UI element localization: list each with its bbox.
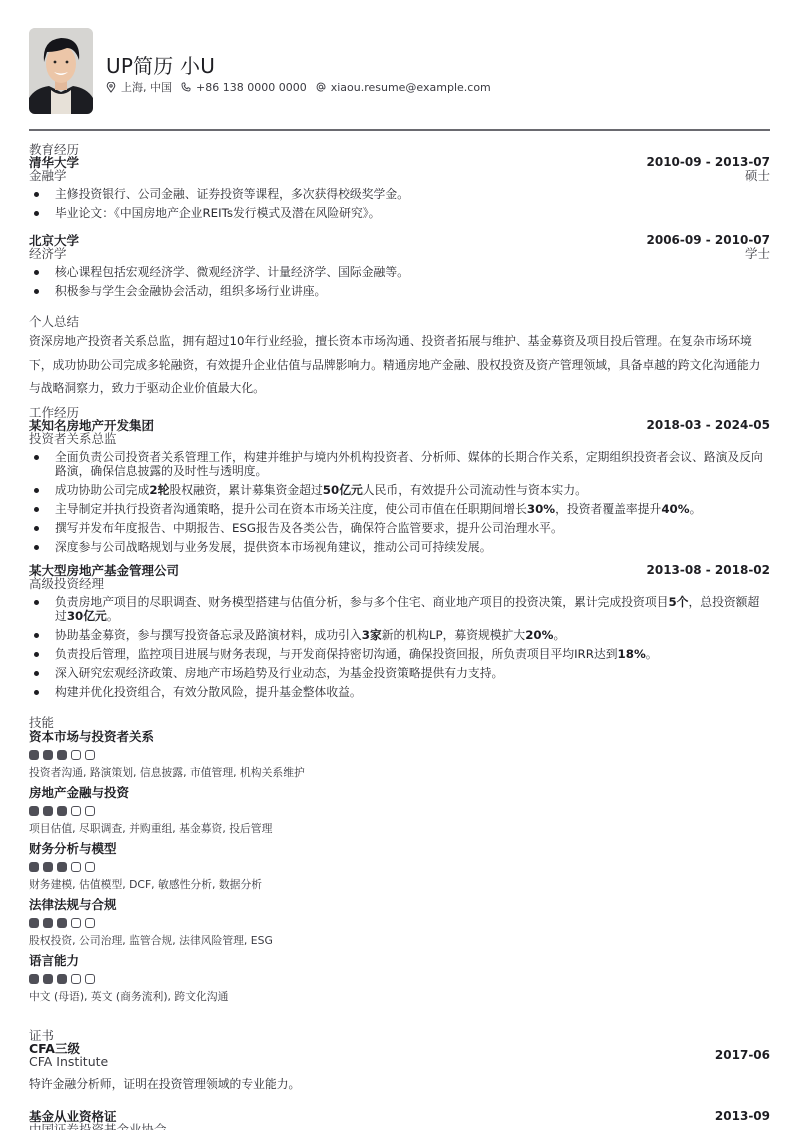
skill-keywords: 投资者沟通, 路演策划, 信息披露, 市值管理, 机构关系维护 [29,766,770,780]
filled-dot-icon [29,806,39,816]
bullet-item: 负责房地产项目的尽职调查、财务模型搭建与估值分析，参与多个住宅、商业地产项目的投… [29,595,770,623]
bullet-text: 深度参与公司战略规划与业务发展，提供资本市场视角建议，推动公司可持续发展。 [55,540,492,554]
filled-dot-icon [57,806,67,816]
empty-dot-icon [85,918,95,928]
skills-section: 技能 资本市场与投资者关系投资者沟通, 路演策划, 信息披露, 市值管理, 机构… [29,716,770,1009]
work-entry: 某大型房地产基金管理公司 高级投资经理 2013-08 - 2018-02 负责… [29,564,770,699]
date-range: 2018-03 - 2024-05 [647,419,771,432]
bullet-text: 负责投后管理，监控项目进展与财务表现，与开发商保持密切沟通，确保投资回报，所负责… [55,647,618,661]
location-pin-icon [106,82,116,93]
skill-level-rating [29,862,770,872]
section-title-skills: 技能 [29,716,770,729]
position: 高级投资经理 [29,577,179,590]
certificate-date: 2013-09 [715,1110,770,1123]
skill-name: 财务分析与模型 [29,841,770,857]
bullet-item: 毕业论文：《中国房地产企业REITs发行模式及潜在风险研究》。 [29,206,770,220]
certificate-description: 特许金融分析师，证明在投资管理领域的专业能力。 [29,1075,770,1092]
bullet-item: 深入研究宏观经济政策、房地产市场趋势及行业动态，为基金投资策略提供有力支持。 [29,666,770,680]
bullet-text: 。 [690,502,702,516]
certificate-date: 2017-06 [715,1049,770,1062]
empty-dot-icon [85,750,95,760]
filled-dot-icon [43,862,53,872]
bullet-text: ，投资者覆盖率提升 [555,502,661,516]
skills-list: 资本市场与投资者关系投资者沟通, 路演策划, 信息披露, 市值管理, 机构关系维… [29,729,770,1004]
bullet-list: 全面负责公司投资者关系管理工作，构建并维护与境内外机构投资者、分析师、媒体的长期… [29,450,770,554]
bullet-text: 股权融资，累计募集资金超过 [169,483,322,497]
bullet-item: 主导制定并执行投资者沟通策略，提升公司在资本市场关注度，使公司市值在任职期间增长… [29,502,770,516]
filled-dot-icon [43,750,53,760]
skill-name: 资本市场与投资者关系 [29,729,770,745]
bullet-text: 负责房地产项目的尽职调查、财务模型搭建与估值分析，参与多个住宅、商业地产项目的投… [55,595,668,609]
summary-section: 个人总结 资深房地产投资者关系总监，拥有超过10年行业经验，擅长资本市场沟通、投… [29,315,770,401]
highlight-text: 20% [525,628,553,642]
bullet-text: 构建并优化投资组合，有效分散风险，提升基金整体收益。 [55,685,362,699]
skill-level-rating [29,806,770,816]
skill-item: 资本市场与投资者关系投资者沟通, 路演策划, 信息披露, 市值管理, 机构关系维… [29,729,770,780]
degree: 学士 [647,247,771,260]
highlight-text: 18% [618,647,646,661]
bullet-item: 撰写并发布年度报告、中期报告、ESG报告及各类公告，确保符合监管要求，提升公司治… [29,521,770,535]
filled-dot-icon [57,974,67,984]
email-text: xiaou.resume@example.com [331,81,491,94]
contact-info: 上海, 中国 +86 138 0000 0000 xiaou.resume@ex… [106,79,500,95]
resume-header: UP简历 小U 上海, 中国 +86 138 0000 0000 [29,28,770,114]
header-divider [29,129,770,131]
skill-level-rating [29,750,770,760]
position: 投资者关系总监 [29,432,154,445]
education-entry: 北京大学 经济学 2006-09 - 2010-07 学士 核心课程包括宏观经济… [29,234,770,298]
filled-dot-icon [29,862,39,872]
skill-item: 语言能力中文 (母语), 英文 (商务流利), 跨文化沟通 [29,953,770,1004]
bullet-text: 新的机构LP，募资规模扩大 [382,628,525,642]
filled-dot-icon [57,750,67,760]
bullet-text: 。 [107,609,119,623]
bullet-item: 深度参与公司战略规划与业务发展，提供资本市场视角建议，推动公司可持续发展。 [29,540,770,554]
filled-dot-icon [43,974,53,984]
filled-dot-icon [29,974,39,984]
work-section: 工作经历 某知名房地产开发集团 投资者关系总监 2018-03 - 2024-0… [29,406,770,704]
phone-text: +86 138 0000 0000 [196,81,307,94]
filled-dot-icon [43,806,53,816]
profile-photo [29,28,93,114]
skill-item: 法律法规与合规股权投资, 公司治理, 监管合规, 法律风险管理, ESG [29,897,770,948]
empty-dot-icon [71,806,81,816]
certificate-issuer: 中国证券投资基金业协会 [29,1123,167,1130]
bullet-text: 成功协助公司完成 [55,483,149,497]
highlight-text: 2轮 [149,483,169,497]
skill-item: 财务分析与模型财务建模, 估值模型, DCF, 敏感性分析, 数据分析 [29,841,770,892]
bullet-item: 负责投后管理，监控项目进展与财务表现，与开发商保持密切沟通，确保投资回报，所负责… [29,647,770,661]
certificate-issuer: CFA Institute [29,1055,108,1068]
bullet-item: 构建并优化投资组合，有效分散风险，提升基金整体收益。 [29,685,770,699]
highlight-text: 50亿元 [323,483,363,497]
bullet-list: 负责房地产项目的尽职调查、财务模型搭建与估值分析，参与多个住宅、商业地产项目的投… [29,595,770,699]
skill-name: 语言能力 [29,953,770,969]
bullet-item: 主修投资银行、公司金融、证券投资等课程，多次获得校级奖学金。 [29,187,770,201]
skill-level-rating [29,918,770,928]
skill-keywords: 中文 (母语), 英文 (商务流利), 跨文化沟通 [29,990,770,1004]
bullet-item: 积极参与学生会金融协会活动，组织多场行业讲座。 [29,284,770,298]
major: 金融学 [29,169,79,182]
skill-item: 房地产金融与投资项目估值, 尽职调查, 并购重组, 基金募资, 投后管理 [29,785,770,836]
bullet-item: 协助基金募资，参与撰写投资备忘录及路演材料，成功引入3家新的机构LP，募资规模扩… [29,628,770,642]
highlight-text: 30亿元 [67,609,107,623]
education-section: 教育经历 清华大学 金融学 2010-09 - 2013-07 硕士 主修投资银… [29,143,770,303]
empty-dot-icon [85,974,95,984]
contact-email[interactable]: xiaou.resume@example.com [316,81,491,94]
section-title-certificates: 证书 [29,1029,770,1042]
contact-phone[interactable]: +86 138 0000 0000 [181,81,307,94]
skill-name: 房地产金融与投资 [29,785,770,801]
bullet-text: 。 [646,647,658,661]
skill-keywords: 股权投资, 公司治理, 监管合规, 法律风险管理, ESG [29,934,770,948]
education-entry: 清华大学 金融学 2010-09 - 2013-07 硕士 主修投资银行、公司金… [29,156,770,220]
filled-dot-icon [29,750,39,760]
certificate-entry: 基金从业资格证 中国证券投资基金业协会 2013-09 [29,1110,770,1130]
bullet-text: 人民币，有效提升公司流动性与资本实力。 [363,483,587,497]
empty-dot-icon [85,862,95,872]
candidate-name: UP简历 小U [106,50,215,79]
bullet-item: 核心课程包括宏观经济学、微观经济学、计量经济学、国际金融等。 [29,265,770,279]
bullet-item: 全面负责公司投资者关系管理工作，构建并维护与境内外机构投资者、分析师、媒体的长期… [29,450,770,478]
bullet-text: 全面负责公司投资者关系管理工作，构建并维护与境内外机构投资者、分析师、媒体的长期… [55,450,763,478]
filled-dot-icon [43,918,53,928]
skill-level-rating [29,974,770,984]
empty-dot-icon [71,862,81,872]
certificates-section: 证书 CFA三级 CFA Institute 2017-06 特许金融分析师，证… [29,1029,770,1130]
certificate-entry: CFA三级 CFA Institute 2017-06 特许金融分析师，证明在投… [29,1042,770,1092]
degree: 硕士 [647,169,771,182]
empty-dot-icon [71,750,81,760]
location-text: 上海, 中国 [121,79,172,95]
skill-keywords: 项目估值, 尽职调查, 并购重组, 基金募资, 投后管理 [29,822,770,836]
at-sign-icon [316,82,326,92]
bullet-list: 核心课程包括宏观经济学、微观经济学、计量经济学、国际金融等。 积极参与学生会金融… [29,265,770,298]
bullet-text: 主导制定并执行投资者沟通策略，提升公司在资本市场关注度，使公司市值在任职期间增长 [55,502,527,516]
bullet-text: 撰写并发布年度报告、中期报告、ESG报告及各类公告，确保符合监管要求，提升公司治… [55,521,563,535]
bullet-text: 协助基金募资，参与撰写投资备忘录及路演材料，成功引入 [55,628,362,642]
empty-dot-icon [71,974,81,984]
work-entry: 某知名房地产开发集团 投资者关系总监 2018-03 - 2024-05 全面负… [29,419,770,554]
bullet-text: 。 [553,628,565,642]
skill-name: 法律法规与合规 [29,897,770,913]
contact-location: 上海, 中国 [106,79,172,95]
filled-dot-icon [57,918,67,928]
phone-icon [181,82,191,92]
highlight-text: 3家 [362,628,382,642]
empty-dot-icon [85,806,95,816]
filled-dot-icon [57,862,67,872]
highlight-text: 5个 [668,595,688,609]
empty-dot-icon [71,918,81,928]
filled-dot-icon [29,918,39,928]
date-range: 2013-08 - 2018-02 [647,564,771,577]
bullet-item: 成功协助公司完成2轮股权融资，累计募集资金超过50亿元人民币，有效提升公司流动性… [29,483,770,497]
section-title-summary: 个人总结 [29,315,770,328]
portrait-image-icon [29,28,93,114]
major: 经济学 [29,247,79,260]
bullet-text: 深入研究宏观经济政策、房地产市场趋势及行业动态，为基金投资策略提供有力支持。 [55,666,503,680]
summary-text: 资深房地产投资者关系总监，拥有超过10年行业经验，擅长资本市场沟通、投资者拓展与… [29,330,770,401]
highlight-text: 30% [527,502,555,516]
skill-keywords: 财务建模, 估值模型, DCF, 敏感性分析, 数据分析 [29,878,770,892]
highlight-text: 40% [661,502,689,516]
bullet-list: 主修投资银行、公司金融、证券投资等课程，多次获得校级奖学金。 毕业论文：《中国房… [29,187,770,220]
